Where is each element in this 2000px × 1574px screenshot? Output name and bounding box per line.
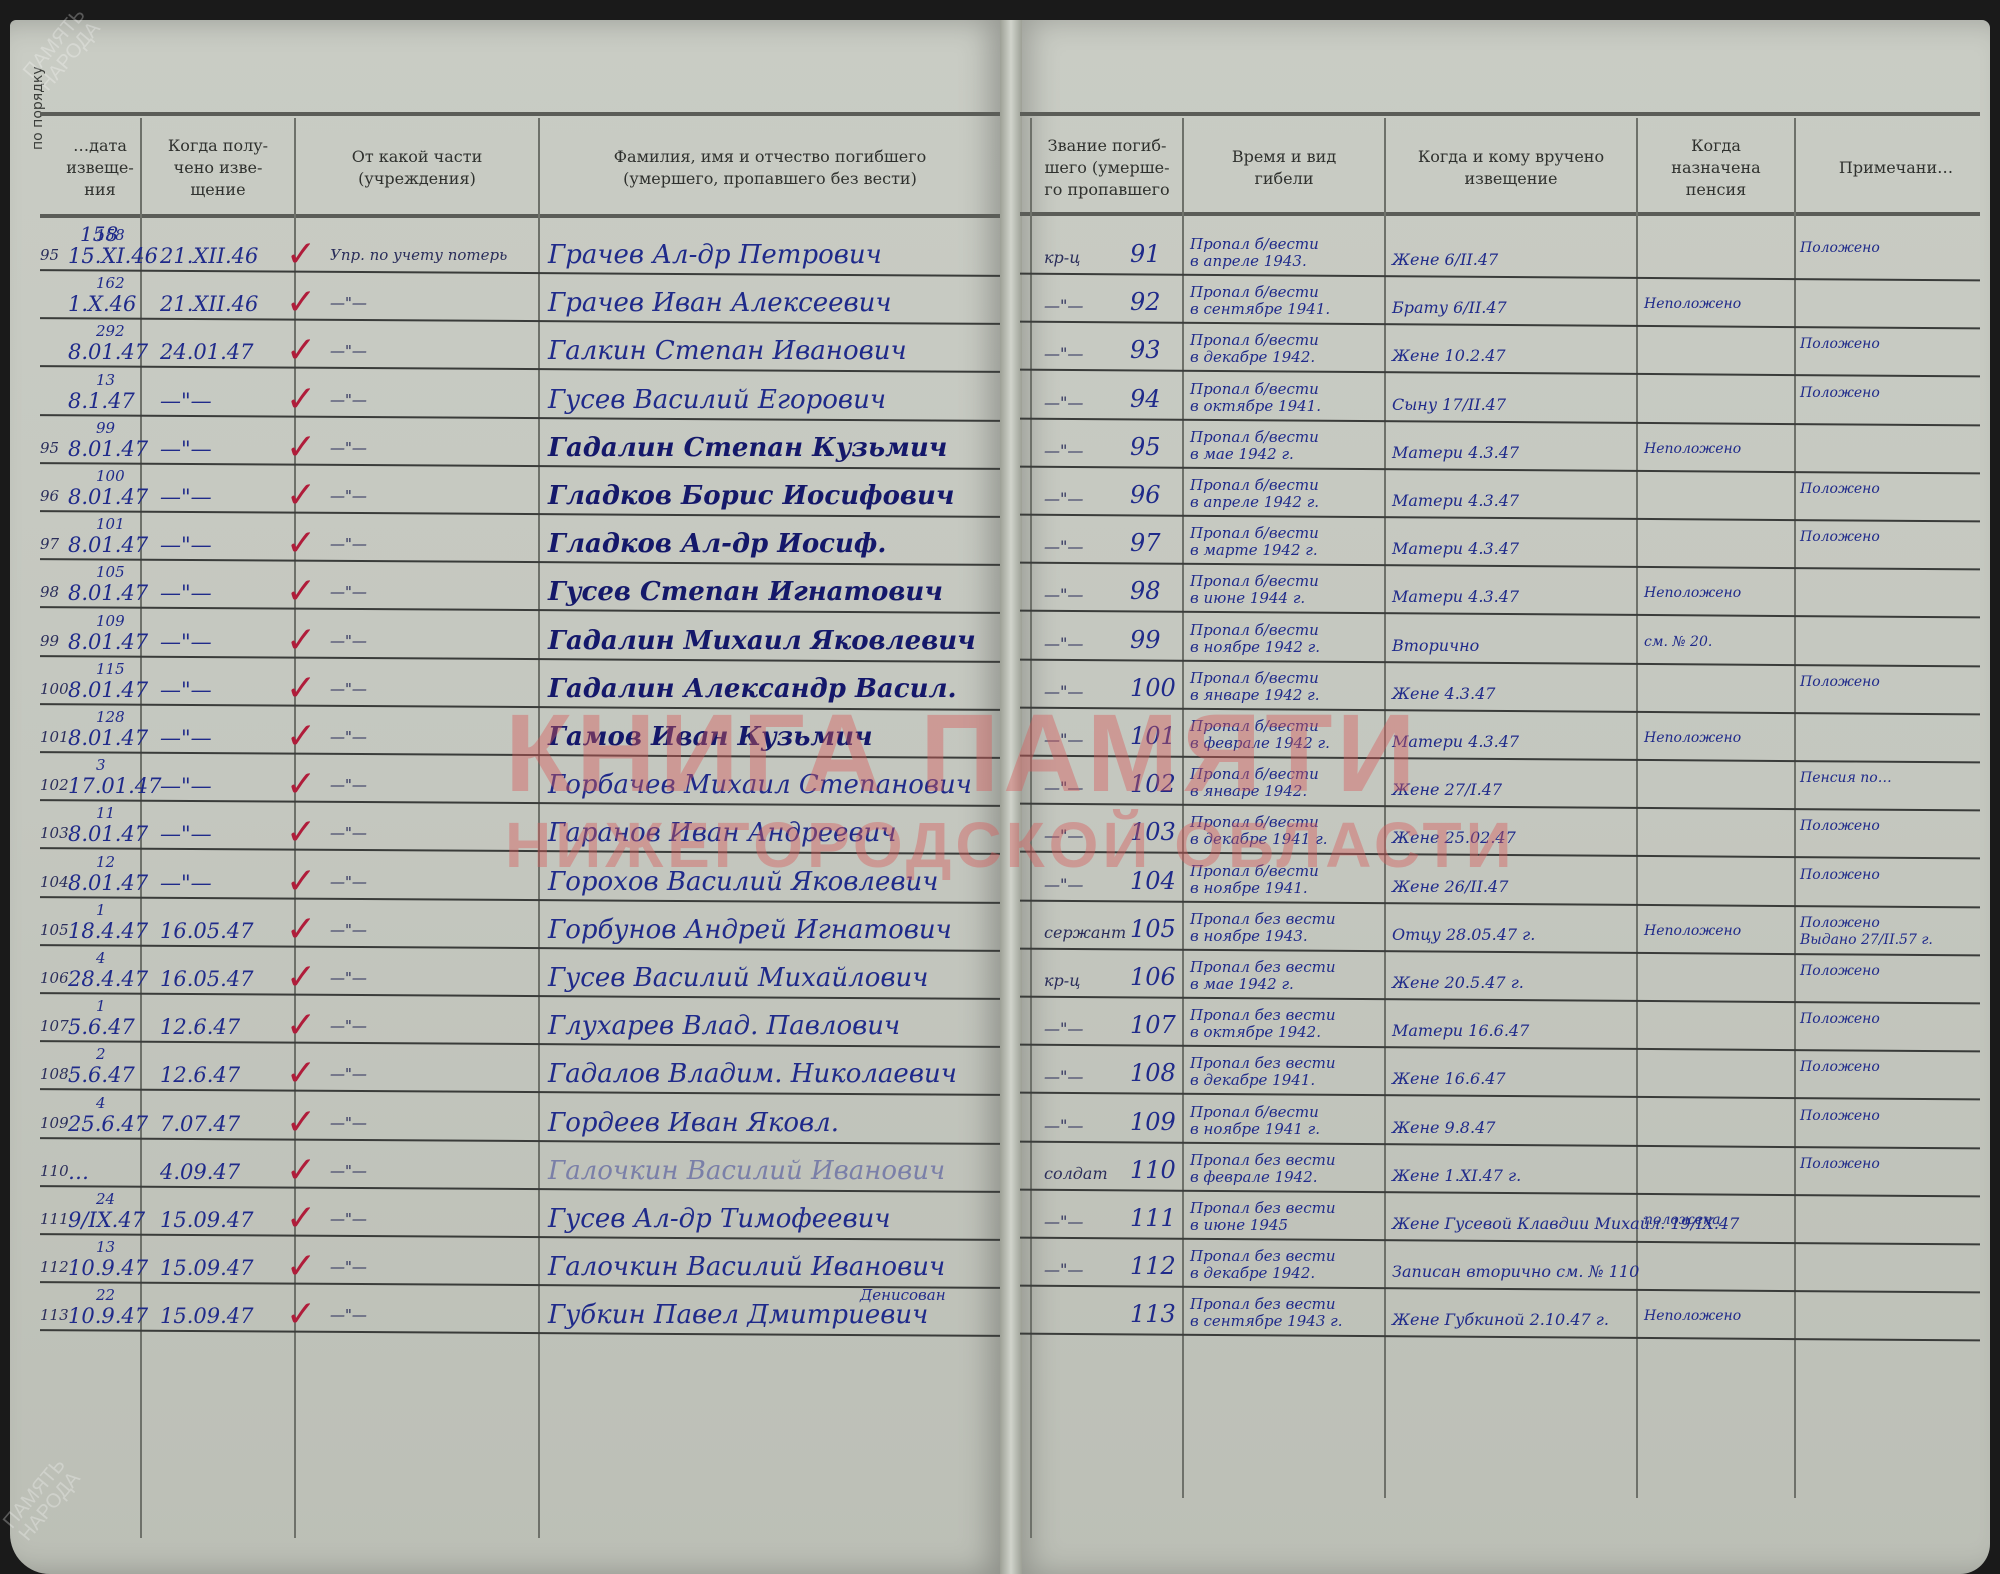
from-unit: Упр. по учету потерь [330, 246, 507, 264]
delivered-to: Брату 6/II.47 [1392, 298, 1507, 317]
entry-ref-number: 13 [96, 1238, 115, 1256]
person-name: Галкин Степан Иванович [548, 336, 907, 366]
pension-status: Неположено [1644, 730, 1741, 746]
record-number: 113 [1130, 1300, 1176, 1328]
received-date: —"— [160, 774, 212, 798]
from-unit: —"— [330, 1162, 367, 1180]
entry-ref-number: 115 [96, 660, 125, 678]
entry-ref-number: 12 [96, 853, 115, 871]
received-date: —"— [160, 726, 212, 750]
entry-ref-number: 162 [96, 274, 125, 292]
from-unit: —"— [330, 824, 367, 842]
entry-ref-number: 2 [96, 1045, 106, 1063]
check-mark-icon: ✓ [286, 234, 316, 275]
person-name: Горбунов Андрей Игнатович [548, 915, 952, 945]
record-number: 93 [1130, 336, 1161, 364]
header-date-notice: …дата извеще- ния [60, 122, 140, 214]
fate-description: Пропал без вести в декабре 1941. [1190, 1055, 1336, 1089]
notice-date: 18.4.47 [68, 919, 148, 943]
delivered-to: Отцу 28.05.47 г. [1392, 925, 1535, 944]
row-number: 109 [40, 1114, 69, 1132]
entry-ref-number: 99 [96, 419, 115, 437]
received-date: 7.07.47 [160, 1112, 240, 1136]
pension-status: Неположено [1644, 923, 1741, 939]
from-unit: —"— [330, 1065, 367, 1083]
fate-description: Пропал без вести в сентябре 1943 г. [1190, 1296, 1343, 1330]
delivered-to: Жене 27/I.47 [1392, 780, 1502, 799]
received-date: —"— [160, 485, 212, 509]
delivered-to: Жене 20.5.47 г. [1392, 973, 1524, 992]
from-unit: —"— [330, 1258, 367, 1276]
rank: —"— [1044, 1067, 1083, 1086]
pension-status: Неположено [1644, 296, 1741, 312]
from-unit: —"— [330, 439, 367, 457]
notes: Положено [1800, 529, 1880, 546]
person-name: Гамов Иван Кузьмич [548, 722, 873, 752]
notes: Положено [1800, 336, 1880, 353]
person-name: Горохов Василий Яковлевич [548, 867, 938, 897]
record-number: 111 [1130, 1204, 1176, 1232]
fate-description: Пропал б/вести в апреле 1943. [1190, 236, 1319, 270]
header-rank: Звание погиб- шего (умерше- го пропавшег… [1032, 122, 1182, 214]
rank: —"— [1044, 1212, 1083, 1231]
person-name: Грачев Иван Алексеевич [548, 288, 892, 318]
delivered-to: Матери 4.3.47 [1392, 539, 1519, 558]
rank: сержант [1044, 923, 1126, 942]
row-number: 104 [40, 873, 69, 891]
from-unit: —"— [330, 342, 367, 360]
row-number: 95 [40, 439, 59, 457]
from-unit: —"— [330, 294, 367, 312]
column-divider [538, 118, 540, 1538]
notice-date: 10.9.47 [68, 1256, 148, 1280]
rank: —"— [1044, 730, 1083, 749]
rank: —"— [1044, 1116, 1083, 1135]
received-date: —"— [160, 533, 212, 557]
notice-date: 8.01.47 [68, 340, 148, 364]
notice-date: 8.01.47 [68, 871, 148, 895]
check-mark-icon: ✓ [286, 1294, 316, 1335]
entry-ref-number: 101 [96, 515, 125, 533]
record-number: 100 [1130, 674, 1176, 702]
from-unit: —"— [330, 1210, 367, 1228]
fate-description: Пропал б/вести в январе 1942 г. [1190, 670, 1320, 704]
notice-date: 28.4.47 [68, 967, 148, 991]
column-divider [1182, 118, 1184, 1498]
ledger-spread: по порядку …дата извеще- ния Когда полу-… [0, 0, 2000, 1574]
from-unit: —"— [330, 1114, 367, 1132]
notes: Положено [1800, 1108, 1880, 1125]
person-name: Гадалин Степан Кузьмич [548, 433, 947, 463]
rank: кр-ц [1044, 971, 1080, 990]
pension-status: см. № 20. [1644, 634, 1712, 650]
received-date: 15.09.47 [160, 1208, 254, 1232]
check-mark-icon: ✓ [286, 1102, 316, 1143]
check-mark-icon: ✓ [286, 282, 316, 323]
record-number: 99 [1130, 626, 1161, 654]
delivered-to: Жене 10.2.47 [1392, 346, 1506, 365]
header-top-rule [40, 112, 1000, 116]
notes: Положено Выдано 27/II.57 г. [1800, 915, 1933, 949]
delivered-to: Записан вторично см. № 110 [1392, 1262, 1639, 1281]
header-time-type: Время и вид гибели [1184, 122, 1384, 214]
record-number: 107 [1130, 1011, 1176, 1039]
pension-status: положена [1644, 1212, 1721, 1228]
record-number: 108 [1130, 1059, 1176, 1087]
person-name: Гордеев Иван Яковл. [548, 1108, 839, 1138]
row-number: 112 [40, 1258, 69, 1276]
book-gutter [1000, 20, 1022, 1574]
rank: —"— [1044, 585, 1083, 604]
header-from-unit: От какой части (учреждения) [296, 122, 538, 214]
fate-description: Пропал б/вести в ноябре 1941 г. [1190, 1104, 1320, 1138]
record-number: 97 [1130, 529, 1161, 557]
notice-date: 9/IX.47 [68, 1208, 145, 1232]
rank: —"— [1044, 296, 1083, 315]
received-date: 15.09.47 [160, 1304, 254, 1328]
received-date: —"— [160, 822, 212, 846]
row-number: 106 [40, 969, 69, 987]
notice-date: 17.01.47 [68, 774, 162, 798]
delivered-to: Жене 26/II.47 [1392, 877, 1508, 896]
delivered-to: Жене Губкиной 2.10.47 г. [1392, 1310, 1609, 1329]
record-number: 104 [1130, 867, 1176, 895]
notice-date: 25.6.47 [68, 1112, 148, 1136]
fate-description: Пропал без вести в июне 1945 [1190, 1200, 1336, 1234]
check-mark-icon: ✓ [286, 1246, 316, 1287]
entry-ref-number: 109 [96, 612, 125, 630]
record-number: 98 [1130, 577, 1161, 605]
pension-status: Неположено [1644, 585, 1741, 601]
row-number: 95 [40, 246, 59, 264]
pension-status: Неположено [1644, 1308, 1741, 1324]
column-divider [1030, 118, 1032, 1538]
check-mark-icon: ✓ [286, 1198, 316, 1239]
delivered-to: Матери 4.3.47 [1392, 443, 1519, 462]
person-name: Гусев Василий Егорович [548, 385, 886, 415]
person-name: Грачев Ал-др Петрович [548, 240, 882, 270]
notice-date: 8.01.47 [68, 437, 148, 461]
delivered-to: Жене 9.8.47 [1392, 1118, 1495, 1137]
rank: —"— [1044, 489, 1083, 508]
from-unit: —"— [330, 487, 367, 505]
received-date: 16.05.47 [160, 919, 254, 943]
notice-date: 8.1.47 [68, 389, 135, 413]
rank: кр-ц [1044, 248, 1080, 267]
from-unit: —"— [330, 632, 367, 650]
received-date: 21.XII.46 [160, 244, 258, 268]
rank: —"— [1044, 1260, 1083, 1279]
check-mark-icon: ✓ [286, 620, 316, 661]
notes: Пенсия по… [1800, 770, 1892, 787]
received-date: 12.6.47 [160, 1015, 240, 1039]
name-note: Денисован [860, 1286, 946, 1304]
pension-status: Неположено [1644, 441, 1741, 457]
notice-date: 8.01.47 [68, 581, 148, 605]
check-mark-icon: ✓ [286, 475, 316, 516]
check-mark-icon: ✓ [286, 379, 316, 420]
row-number: 101 [40, 728, 69, 746]
entry-ref-number: 4 [96, 949, 106, 967]
delivered-to: Жене 6/II.47 [1392, 250, 1498, 269]
row-number: 113 [40, 1306, 69, 1324]
from-unit: —"— [330, 535, 367, 553]
received-date: —"— [160, 871, 212, 895]
header-notes: Примечани… [1796, 122, 1996, 214]
entry-ref-number: 24 [96, 1190, 115, 1208]
row-number: 100 [40, 680, 69, 698]
from-unit: —"— [330, 728, 367, 746]
fate-description: Пропал б/вести в сентябре 1941. [1190, 284, 1330, 318]
fate-description: Пропал без вести в ноябре 1943. [1190, 911, 1336, 945]
entry-ref-number: 13 [96, 371, 115, 389]
notice-date: 8.01.47 [68, 630, 148, 654]
check-mark-icon: ✓ [286, 909, 316, 950]
fate-description: Пропал без вести в декабре 1942. [1190, 1248, 1336, 1282]
notes: Положено [1800, 1059, 1880, 1076]
header-full-name: Фамилия, имя и отчество погибшего (умерш… [540, 122, 1000, 214]
check-mark-icon: ✓ [286, 957, 316, 998]
header-delivered: Когда и кому вручено извещение [1386, 122, 1636, 214]
notice-date: 1.X.46 [68, 292, 136, 316]
header-bottom-rule [40, 214, 1000, 218]
person-name: Гусев Ал-др Тимофеевич [548, 1204, 891, 1234]
check-mark-icon: ✓ [286, 571, 316, 612]
row-number: 102 [40, 776, 69, 794]
rank: солдат [1044, 1164, 1108, 1183]
fate-description: Пропал б/вести в марте 1942 г. [1190, 525, 1319, 559]
notice-date: 8.01.47 [68, 485, 148, 509]
record-number: 106 [1130, 963, 1176, 991]
notice-date: 8.01.47 [68, 726, 148, 750]
check-mark-icon: ✓ [286, 764, 316, 805]
notes: Положено [1800, 867, 1880, 884]
row-number: 99 [40, 632, 59, 650]
entry-ref-number: 158 [96, 226, 125, 244]
fate-description: Пропал б/вести в апреле 1942 г. [1190, 477, 1319, 511]
entry-ref-number: 11 [96, 804, 115, 822]
record-number: 109 [1130, 1108, 1176, 1136]
person-name: Гладков Ал-др Иосиф. [548, 529, 886, 559]
fate-description: Пропал б/вести в январе 1942. [1190, 766, 1319, 800]
check-mark-icon: ✓ [286, 716, 316, 757]
check-mark-icon: ✓ [286, 1150, 316, 1191]
fate-description: Пропал б/вести в октябре 1941. [1190, 381, 1321, 415]
fate-description: Пропал без вести в октябре 1942. [1190, 1007, 1336, 1041]
header-received: Когда полу- чено изве- щение [142, 122, 294, 214]
notice-date: 5.6.47 [68, 1063, 135, 1087]
person-name: Гадалов Владим. Николаевич [548, 1059, 957, 1089]
delivered-to: Жене 1.XI.47 г. [1392, 1166, 1521, 1185]
received-date: —"— [160, 437, 212, 461]
from-unit: —"— [330, 873, 367, 891]
fate-description: Пропал б/вести в ноябре 1942 г. [1190, 622, 1320, 656]
check-mark-icon: ✓ [286, 1005, 316, 1046]
check-mark-icon: ✓ [286, 1053, 316, 1094]
row-number: 107 [40, 1017, 69, 1035]
person-name: Гадалин Михаил Яковлевич [548, 626, 976, 656]
rank: —"— [1044, 826, 1083, 845]
row-number: 105 [40, 921, 69, 939]
entry-ref-number: 4 [96, 1094, 106, 1112]
row-number: 108 [40, 1065, 69, 1083]
notice-date: 8.01.47 [68, 533, 148, 557]
received-date: —"— [160, 678, 212, 702]
notice-date: … [68, 1160, 89, 1184]
record-number: 112 [1130, 1252, 1176, 1280]
fate-description: Пропал без вести в мае 1942 г. [1190, 959, 1336, 993]
record-number: 92 [1130, 288, 1161, 316]
notes: Положено [1800, 1156, 1880, 1173]
notes: Положено [1800, 481, 1880, 498]
from-unit: —"— [330, 1306, 367, 1324]
person-name: Гладков Борис Иосифович [548, 481, 955, 511]
notice-date: 10.9.47 [68, 1304, 148, 1328]
received-date: —"— [160, 389, 212, 413]
from-unit: —"— [330, 1017, 367, 1035]
fate-description: Пропал б/вести в декабре 1941 г. [1190, 814, 1327, 848]
row-number: 110 [40, 1162, 69, 1180]
delivered-to: Матери 16.6.47 [1392, 1021, 1529, 1040]
from-unit: —"— [330, 680, 367, 698]
record-number: 96 [1130, 481, 1161, 509]
person-name: Горбачев Михаил Степанович [548, 770, 972, 800]
received-date: —"— [160, 581, 212, 605]
rank: —"— [1044, 1019, 1083, 1038]
received-date: 12.6.47 [160, 1063, 240, 1087]
entry-ref-number: 1 [96, 901, 106, 919]
notes: Положено [1800, 674, 1880, 691]
received-date: 15.09.47 [160, 1256, 254, 1280]
from-unit: —"— [330, 776, 367, 794]
notes: Положено [1800, 1011, 1880, 1028]
row-number: 97 [40, 535, 59, 553]
notice-date: 8.01.47 [68, 822, 148, 846]
from-unit: —"— [330, 921, 367, 939]
header-top-rule-right [1020, 112, 1980, 116]
notes: Положено [1800, 240, 1880, 257]
entry-ref-number: 292 [96, 322, 125, 340]
entry-ref-number: 1 [96, 997, 106, 1015]
rank: —"— [1044, 393, 1083, 412]
entry-ref-number: 22 [96, 1286, 115, 1304]
notes: Положено [1800, 818, 1880, 835]
fate-description: Пропал без вести в феврале 1942. [1190, 1152, 1336, 1186]
delivered-to: Матери 4.3.47 [1392, 587, 1519, 606]
person-name: Гаранов Иван Андреевич [548, 818, 897, 848]
entry-ref-number: 100 [96, 467, 125, 485]
notice-date: 8.01.47 [68, 678, 148, 702]
fate-description: Пропал б/вести в феврале 1942 г. [1190, 718, 1330, 752]
rank: —"— [1044, 778, 1083, 797]
record-number: 101 [1130, 722, 1176, 750]
record-number: 91 [1130, 240, 1161, 268]
delivered-to: Вторично [1392, 636, 1479, 655]
person-name: Губкин Павел Дмитриевич [548, 1300, 928, 1330]
person-name: Гусев Василий Михайлович [548, 963, 928, 993]
fate-description: Пропал б/вести в июне 1944 г. [1190, 573, 1319, 607]
check-mark-icon: ✓ [286, 427, 316, 468]
received-date: —"— [160, 630, 212, 654]
rank: —"— [1044, 537, 1083, 556]
delivered-to: Жене 4.3.47 [1392, 684, 1495, 703]
fate-description: Пропал б/вести в ноябре 1941. [1190, 863, 1319, 897]
person-name: Галочкин Василий Иванович [548, 1252, 945, 1282]
record-number: 95 [1130, 433, 1161, 461]
received-date: 4.09.47 [160, 1160, 240, 1184]
entry-ref-number: 105 [96, 563, 125, 581]
fate-description: Пропал б/вести в мае 1942 г. [1190, 429, 1319, 463]
check-mark-icon: ✓ [286, 523, 316, 564]
notice-date: 15.XI.46 [68, 244, 158, 268]
from-unit: —"— [330, 583, 367, 601]
header-pension: Когда назначена пенсия [1638, 122, 1794, 214]
check-mark-icon: ✓ [286, 861, 316, 902]
row-number: 96 [40, 487, 59, 505]
check-mark-icon: ✓ [286, 330, 316, 371]
notes: Положено [1800, 963, 1880, 980]
row-number: 103 [40, 824, 69, 842]
record-number: 105 [1130, 915, 1176, 943]
person-name: Глухарев Влад. Павлович [548, 1011, 900, 1041]
record-number: 102 [1130, 770, 1176, 798]
delivered-to: Жене 25.02.47 [1392, 828, 1516, 847]
from-unit: —"— [330, 391, 367, 409]
record-number: 110 [1130, 1156, 1176, 1184]
delivered-to: Жене 16.6.47 [1392, 1069, 1506, 1088]
row-number: 98 [40, 583, 59, 601]
record-number: 94 [1130, 385, 1161, 413]
entry-ref-number: 128 [96, 708, 125, 726]
received-date: 21.XII.46 [160, 292, 258, 316]
row-number: 111 [40, 1210, 69, 1228]
person-name: Гусев Степан Игнатович [548, 577, 943, 607]
notice-date: 5.6.47 [68, 1015, 135, 1039]
check-mark-icon: ✓ [286, 812, 316, 853]
rank: —"— [1044, 634, 1083, 653]
rank: —"— [1044, 344, 1083, 363]
delivered-to: Матери 4.3.47 [1392, 732, 1519, 751]
rank: —"— [1044, 875, 1083, 894]
delivered-to: Матери 4.3.47 [1392, 491, 1519, 510]
from-unit: —"— [330, 969, 367, 987]
delivered-to: Сыну 17/II.47 [1392, 395, 1506, 414]
person-name: Галочкин Василий Иванович [548, 1156, 945, 1186]
rank: —"— [1044, 441, 1083, 460]
rank: —"— [1044, 682, 1083, 701]
notes: Положено [1800, 385, 1880, 402]
fate-description: Пропал б/вести в декабре 1942. [1190, 332, 1319, 366]
entry-ref-number: 3 [96, 756, 106, 774]
check-mark-icon: ✓ [286, 668, 316, 709]
record-number: 103 [1130, 818, 1176, 846]
person-name: Гадалин Александр Васил. [548, 674, 957, 704]
received-date: 16.05.47 [160, 967, 254, 991]
received-date: 24.01.47 [160, 340, 254, 364]
